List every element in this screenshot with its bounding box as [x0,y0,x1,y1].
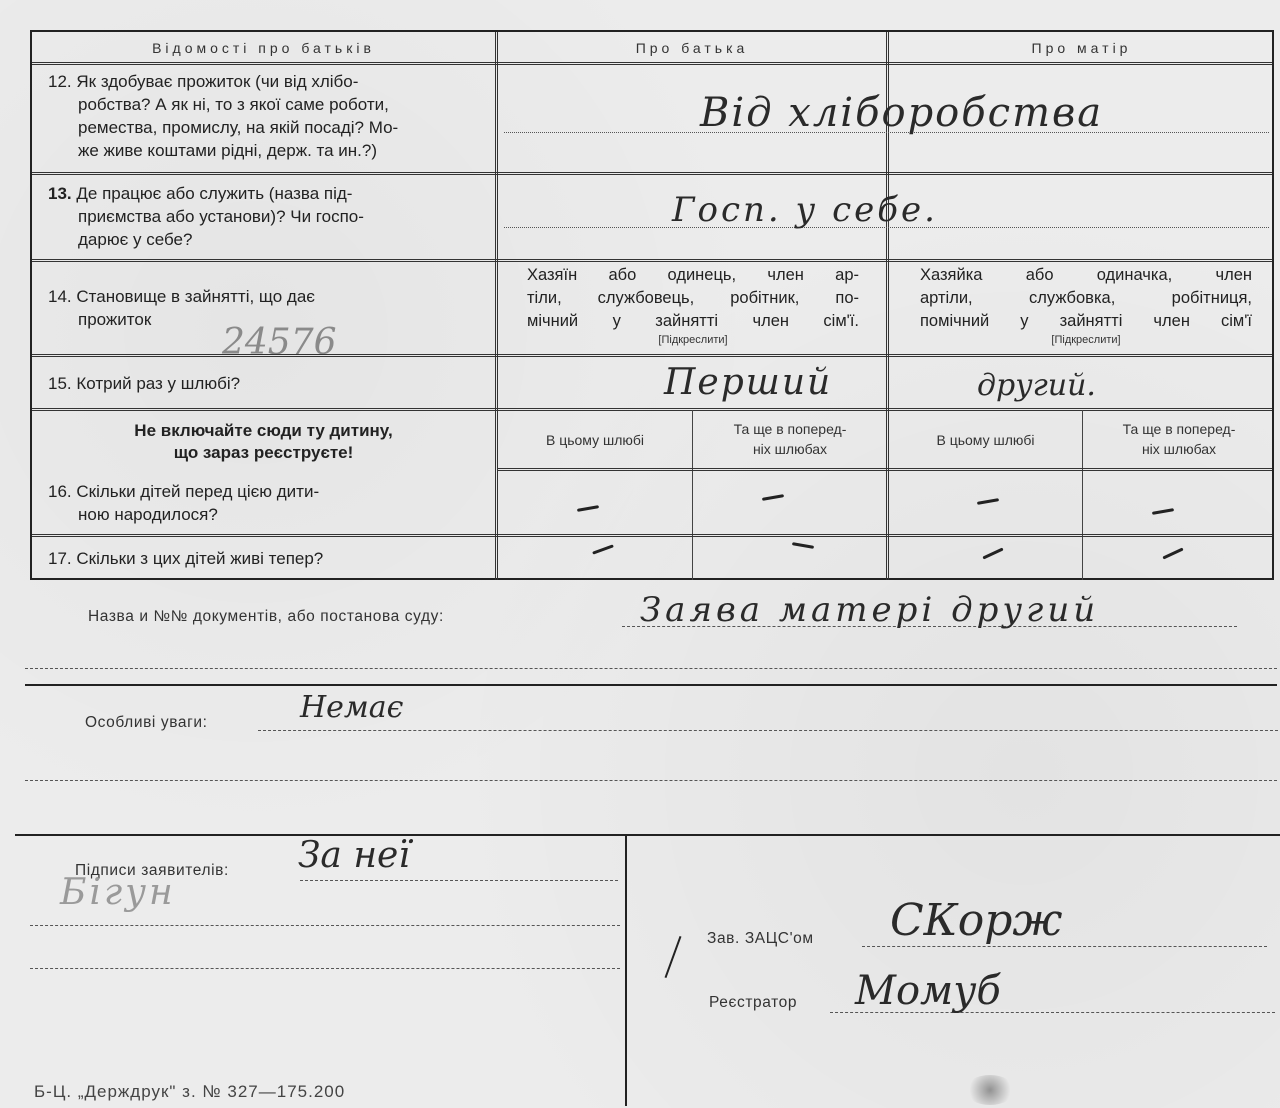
column-divider [692,410,693,580]
question-number: 14. [48,287,72,306]
answer-q17-dash [982,547,1003,559]
underline-note: [Підкреслити] [920,333,1252,347]
divider-rule [15,834,1280,836]
row-divider [32,259,1272,262]
answer-q13-handwritten: Госп. у себе. [672,190,938,230]
head-signature-line [862,946,1267,947]
question-17: 17. Скільки з цих дітей живі тепер? [48,547,488,570]
mother-this-marriage-header: В цьому шлюбі [889,430,1082,450]
registrar-label: Реєстратор [709,994,797,1012]
question-number: 16. [48,482,72,501]
applicant-signature-2: Бігун [60,872,176,913]
underline-note: [Підкреслити] [527,333,859,347]
father-occupation-options: Хазяїн або одинець, член ар- тіли, служб… [527,264,859,347]
column-divider [495,32,498,580]
answer-q17-dash [792,542,814,549]
remarks-field-line [258,730,1278,731]
mother-previous-marriages-header: Та ще в поперед- ніх шлюбах [1084,419,1274,459]
answer-q17-dash [592,544,614,554]
answer-q17-dash [1162,547,1183,559]
answer-q15-mother-handwritten: другий. [977,368,1096,403]
mother-occupation-options: Хазяйка або одиначка, член артіли, служб… [920,264,1252,347]
question-13: 13. Де працює або служить (назва під- пр… [48,182,488,251]
father-this-marriage-header: В цьому шлюбі [498,430,692,450]
head-registry-label: Зав. ЗАЦС'ом [707,930,814,948]
question-number: 17. [48,549,72,568]
parents-info-table: Відомості про батьків Про батька Про мат… [30,30,1274,580]
remarks-label: Особливі уваги: [85,714,208,732]
remarks-value-handwritten: Немає [300,690,403,725]
applicant-signature-line [300,880,618,881]
divider-line [25,668,1277,669]
row-divider [32,408,1272,411]
question-16: 16. Скільки дітей перед цією дити- ною н… [48,480,488,526]
children-warning: Не включайте сюди ту дитину, що зараз ре… [32,420,495,464]
signature-divider [625,836,627,1106]
header-parents-info: Відомості про батьків [32,40,495,56]
print-info: Б-Ц. „Держдрук" з. № 327—175.200 [34,1082,345,1102]
documents-label: Назва и №№ документів, або постанова суд… [88,608,444,626]
registrar-signature: Момуб [855,968,1001,1014]
answer-q12-handwritten: Від хліборобства [700,90,1103,136]
header-father: Про батька [498,40,886,56]
divider-rule [25,684,1277,686]
head-signature: СКорж [890,895,1062,946]
question-number: 13. [48,184,72,203]
row-divider [32,534,1272,537]
row-divider [32,354,1272,357]
applicant-signature-1: За неї [298,835,410,876]
slash-mark [665,936,682,978]
question-number: 15. [48,374,72,393]
row-divider [498,468,1272,471]
question-number: 12. [48,72,72,91]
answer-q16-dash [1152,508,1174,515]
answer-q16-dash [762,494,784,501]
ink-stain [965,1075,1015,1105]
applicant-signature-line [30,925,620,926]
answer-q15-father-handwritten: Перший [664,362,832,403]
row-divider [32,62,1272,65]
row-divider [32,172,1272,175]
document-page: Відомості про батьків Про батька Про мат… [0,0,1280,1108]
question-12: 12. Як здобуває прожиток (чи від хлібо- … [48,70,488,162]
question-15: 15. Котрий раз у шлюбі? [48,372,488,395]
answer-q16-dash [577,505,599,512]
father-previous-marriages-header: Та ще в поперед- ніх шлюбах [694,419,886,459]
divider-line [25,780,1277,781]
documents-value-handwritten: Заява матері другий [640,590,1099,630]
header-mother: Про матір [889,40,1274,56]
column-divider [1082,410,1083,580]
applicant-signature-line [30,968,620,969]
answer-q16-dash [977,498,999,505]
